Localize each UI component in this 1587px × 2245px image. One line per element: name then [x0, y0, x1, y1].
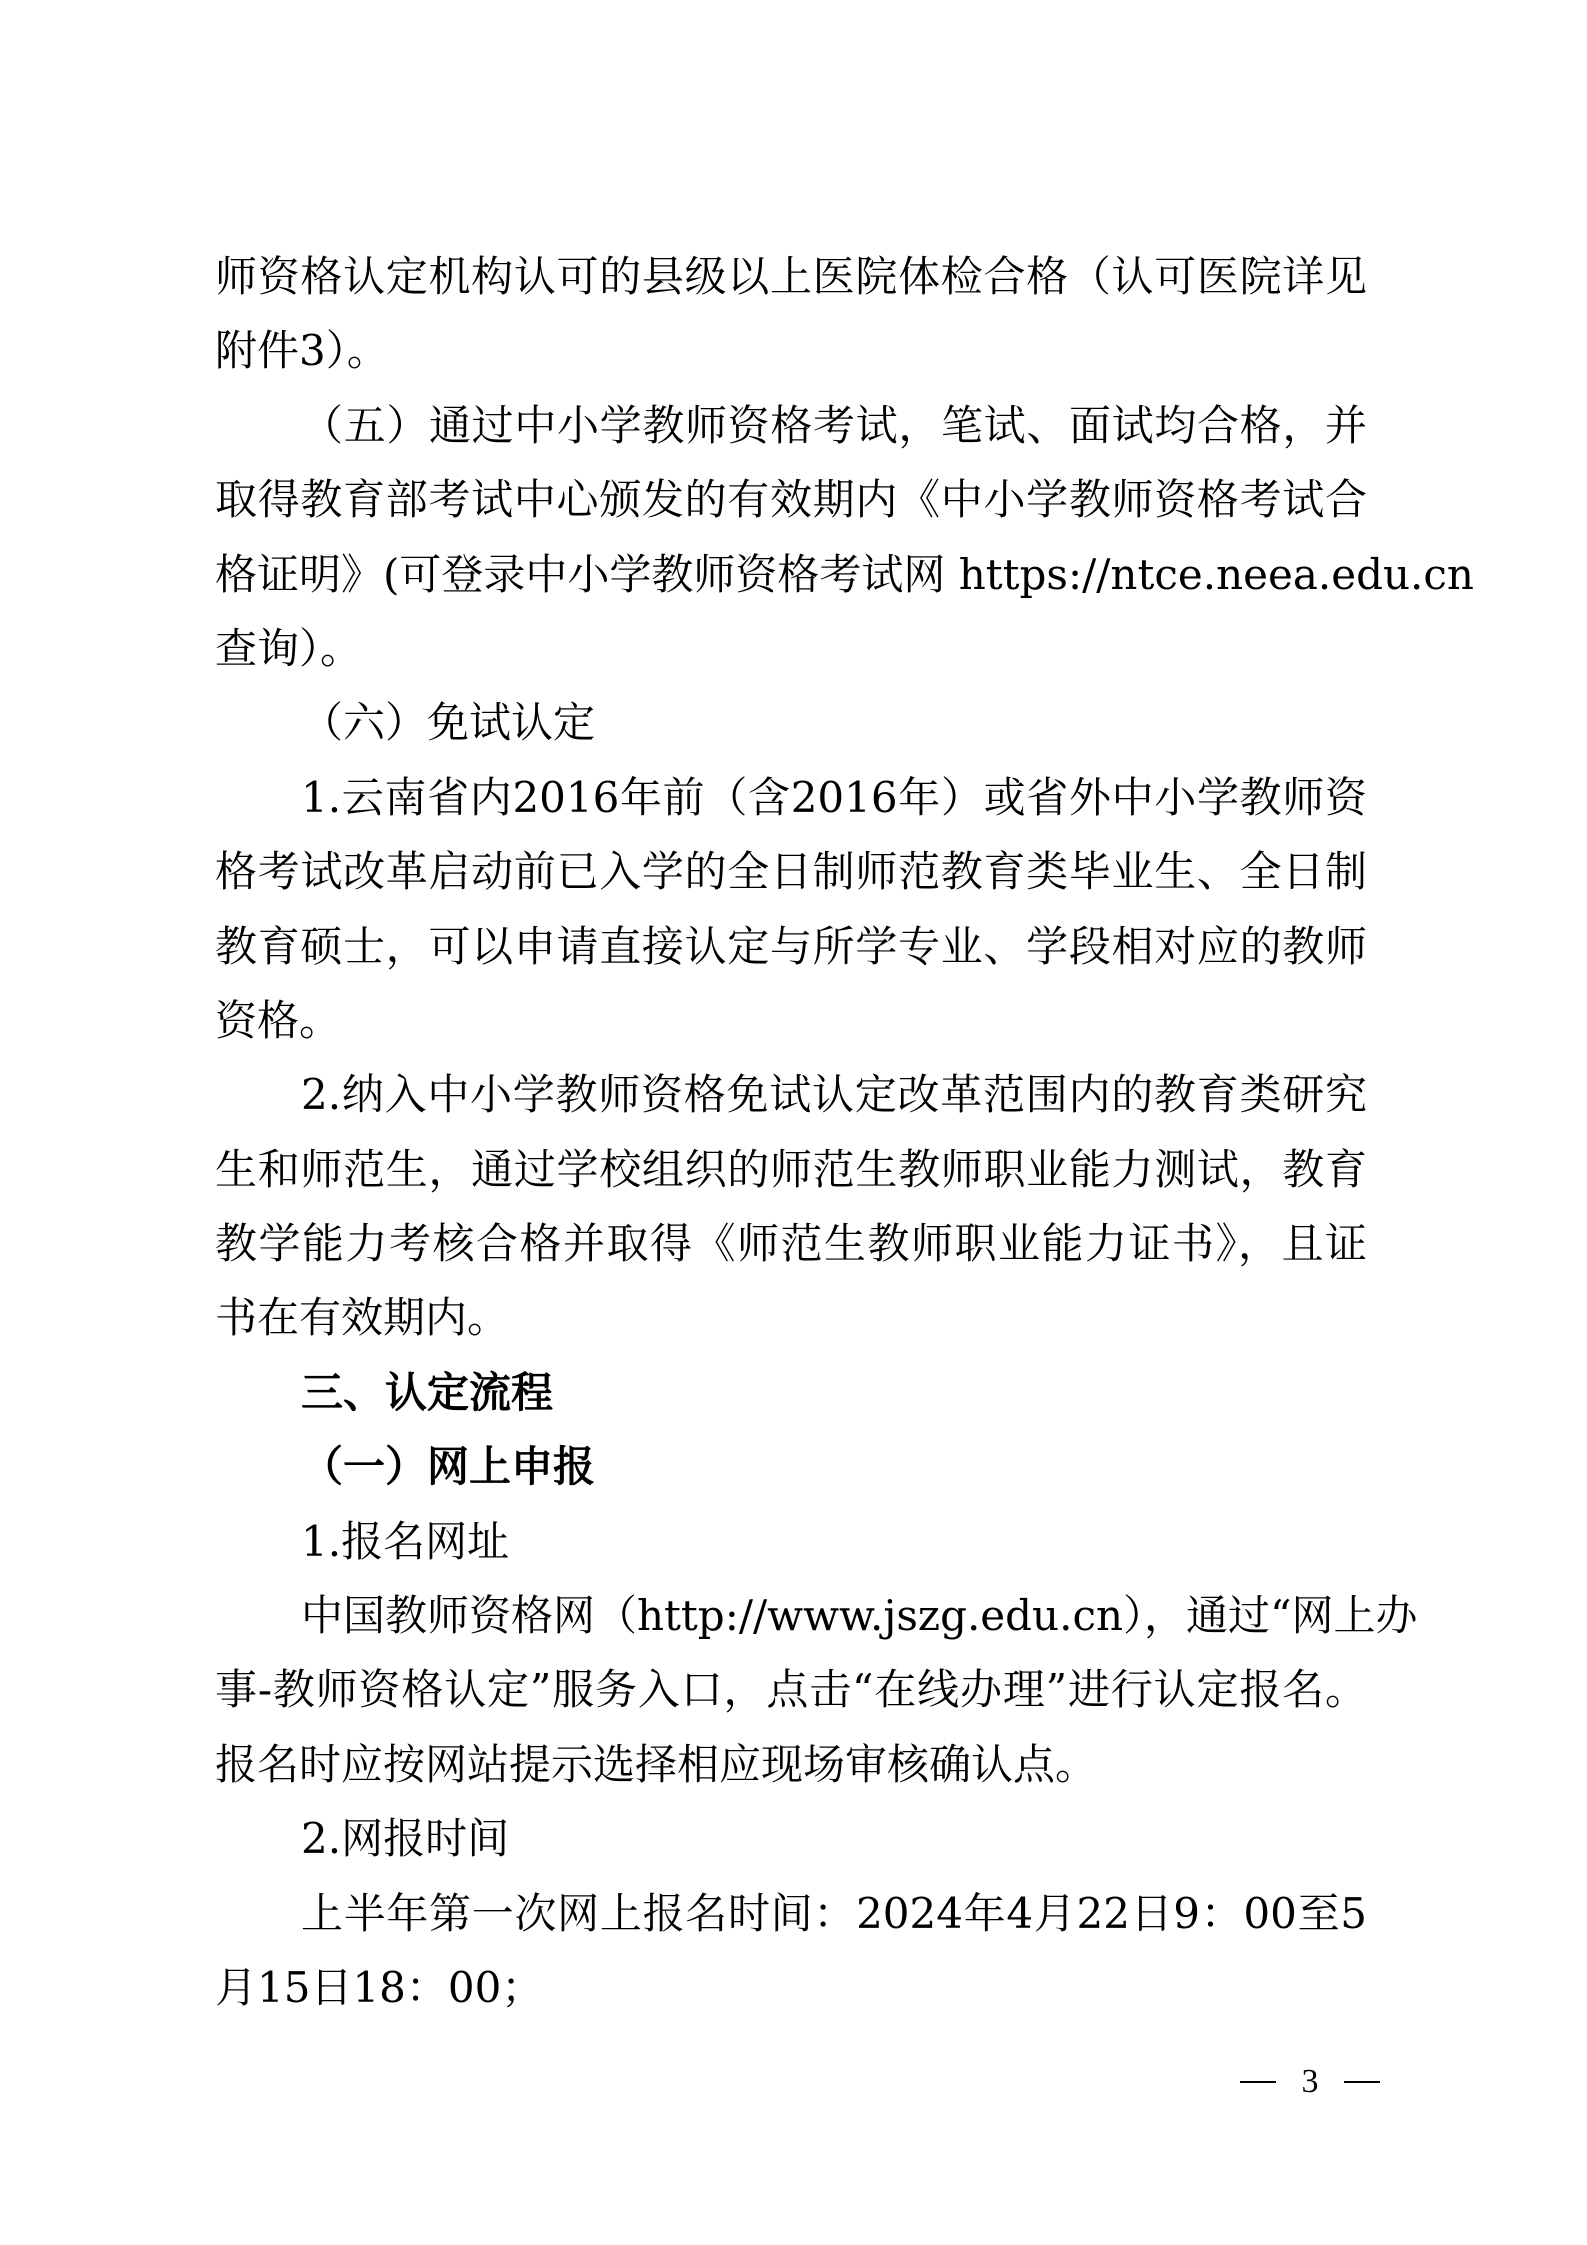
document-page: 师资格认定机构认可的县级以上医院体检合格（认可医院详见 附件3）。 （五）通过中…: [0, 0, 1587, 2245]
paragraph-line: 事-教师资格认定”服务入口，点击“在线办理”进行认定报名。: [215, 1653, 1367, 1727]
paragraph-line-with-link: 中国教师资格网（http://www.jszg.edu.cn），通过“网上办: [215, 1579, 1367, 1653]
item-2-line: 2.纳入中小学教师资格免试认定改革范围内的教育类研究: [215, 1058, 1367, 1132]
item-title-url: 1.报名网址: [215, 1505, 1367, 1579]
subsection-heading-online: （一）网上申报: [215, 1430, 1367, 1504]
paragraph-line: 格考试改革启动前已入学的全日制师范教育类毕业生、全日制: [215, 835, 1367, 909]
paragraph-line: 书在有效期内。: [215, 1281, 1367, 1355]
item-title-time: 2.网报时间: [215, 1802, 1367, 1876]
paragraph-line-with-link: 格证明》(可登录中小学教师资格考试网 https://ntce.neea.edu…: [215, 538, 1367, 612]
paragraph-line: 教育硕士，可以申请直接认定与所学专业、学段相对应的教师: [215, 910, 1367, 984]
item-1-line: 1.云南省内2016年前（含2016年）或省外中小学教师资: [215, 761, 1367, 835]
section-five-line: （五）通过中小学教师资格考试，笔试、面试均合格，并: [215, 389, 1367, 463]
paragraph-line: 查询）。: [215, 612, 1367, 686]
page-number-value: 3: [1302, 2063, 1319, 2101]
section-six-title: （六）免试认定: [215, 686, 1367, 760]
page-number: 3: [1240, 2060, 1380, 2104]
paragraph-line: 附件3）。: [215, 314, 1367, 388]
paragraph-line: 师资格认定机构认可的县级以上医院体检合格（认可医院详见: [215, 240, 1367, 314]
paragraph-line: 报名时应按网站提示选择相应现场审核确认点。: [215, 1728, 1367, 1802]
paragraph-line: 取得教育部考试中心颁发的有效期内《中小学教师资格考试合: [215, 463, 1367, 537]
section-heading-three: 三、认定流程: [215, 1356, 1367, 1430]
paragraph-line: 资格。: [215, 984, 1367, 1058]
paragraph-line: 月15日18：00；: [215, 1951, 1367, 2025]
paragraph-line: 上半年第一次网上报名时间：2024年4月22日9：00至5: [215, 1877, 1367, 1951]
paragraph-line: 教学能力考核合格并取得《师范生教师职业能力证书》，且证: [215, 1207, 1367, 1281]
dash-right: [1344, 2081, 1380, 2083]
paragraph-line: 生和师范生，通过学校组织的师范生教师职业能力测试，教育: [215, 1133, 1367, 1207]
dash-left: [1240, 2081, 1276, 2083]
document-body: 师资格认定机构认可的县级以上医院体检合格（认可医院详见 附件3）。 （五）通过中…: [215, 240, 1367, 2025]
